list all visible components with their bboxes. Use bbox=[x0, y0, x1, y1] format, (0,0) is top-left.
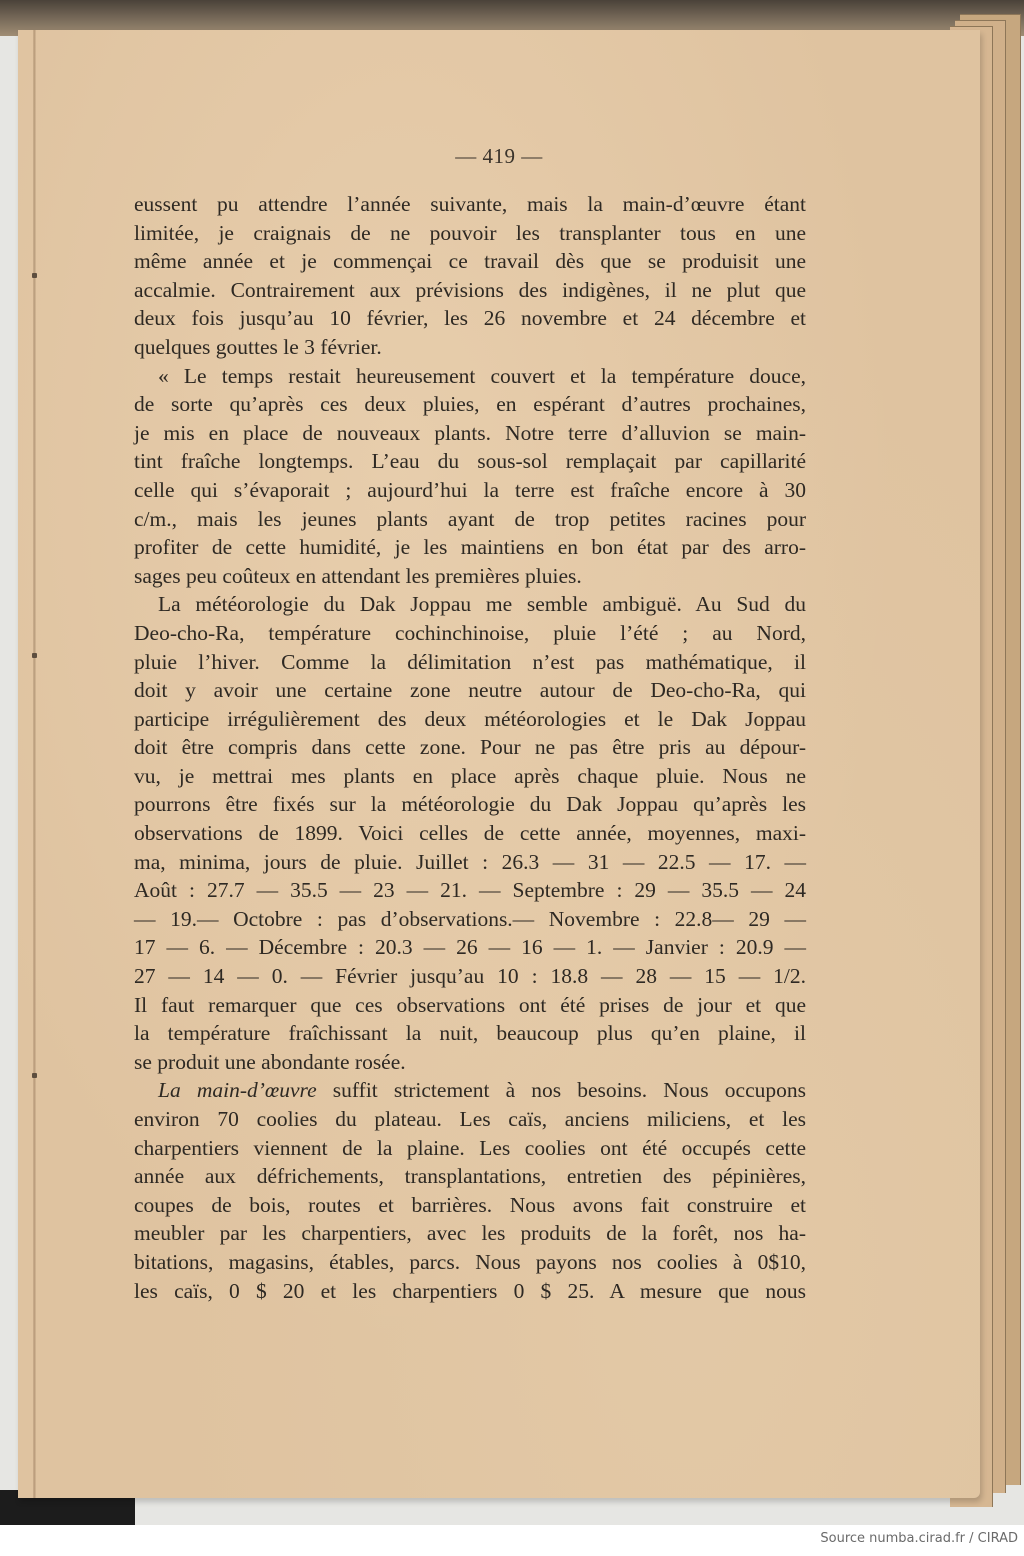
body-text: eussent pu attendre l’année suivante, ma… bbox=[134, 190, 806, 1305]
text-line: vu, je mettrai mes plants en place après… bbox=[134, 762, 806, 791]
weather-data-line: 17 — 6. — Décembre : 20.3 — 26 — 16 — 1.… bbox=[134, 933, 806, 962]
book-page: — 419 — eussent pu attendre l’année suiv… bbox=[18, 30, 980, 1498]
paragraph-3: La météorologie du Dak Joppau me semble … bbox=[134, 590, 806, 1076]
paragraph-4: La main-d’œuvre suffit strictement à nos… bbox=[134, 1076, 806, 1305]
text-line: bitations, magasins, étables, parcs. Nou… bbox=[134, 1248, 806, 1277]
page-number: — 419 — bbox=[18, 144, 980, 169]
text-line: même année et je commençai ce travail dè… bbox=[134, 247, 806, 276]
text-line: environ 70 coolies du plateau. Les caïs,… bbox=[134, 1105, 806, 1134]
text-line: « Le temps restait heureusement couvert … bbox=[134, 362, 806, 391]
text-line: je mis en place de nouveaux plants. Notr… bbox=[134, 419, 806, 448]
text-line: limitée, je craignais de ne pouvoir les … bbox=[134, 219, 806, 248]
text-line: se produit une abondante rosée. bbox=[134, 1048, 806, 1077]
weather-data-line: Août : 27.7 — 35.5 — 23 — 21. — Septembr… bbox=[134, 876, 806, 905]
text-line: observations de 1899. Voici celles de ce… bbox=[134, 819, 806, 848]
fold-mark bbox=[32, 273, 37, 278]
source-credit: Source numba.cirad.fr / CIRAD bbox=[820, 1531, 1018, 1546]
text-line: Il faut remarquer que ces observations o… bbox=[134, 991, 806, 1020]
text-line: deux fois jusqu’au 10 février, les 26 no… bbox=[134, 304, 806, 333]
paragraph-2: « Le temps restait heureusement couvert … bbox=[134, 362, 806, 591]
text-line: eussent pu attendre l’année suivante, ma… bbox=[134, 190, 806, 219]
text-line: de sorte qu’après ces deux pluies, en es… bbox=[134, 390, 806, 419]
weather-data-line: ma, minima, jours de pluie. Juillet : 26… bbox=[134, 848, 806, 877]
paragraph-1: eussent pu attendre l’année suivante, ma… bbox=[134, 190, 806, 362]
text-line: accalmie. Contrairement aux prévisions d… bbox=[134, 276, 806, 305]
text-line: doit y avoir une certaine zone neutre au… bbox=[134, 676, 806, 705]
text-fragment: suffit strictement à nos besoins. Nous o… bbox=[317, 1078, 806, 1102]
text-line: tint fraîche longtemps. L’eau du sous-so… bbox=[134, 447, 806, 476]
text-line: charpentiers viennent de la plaine. Les … bbox=[134, 1134, 806, 1163]
text-line: Deo-cho-Ra, température cochinchinoise, … bbox=[134, 619, 806, 648]
fold-mark bbox=[32, 1073, 37, 1078]
text-line: La main-d’œuvre suffit strictement à nos… bbox=[134, 1076, 806, 1105]
text-line: les caïs, 0 $ 20 et les charpentiers 0 $… bbox=[134, 1277, 806, 1306]
scanned-book-spread: — 419 — eussent pu attendre l’année suiv… bbox=[0, 0, 1024, 1525]
text-line: coupes de bois, routes et barrières. Nou… bbox=[134, 1191, 806, 1220]
section-lead-italic: La main-d’œuvre bbox=[158, 1078, 317, 1102]
text-line: doit être compris dans cette zone. Pour … bbox=[134, 733, 806, 762]
text-line: année aux défrichements, transplantation… bbox=[134, 1162, 806, 1191]
text-line: participe irrégulièrement des deux météo… bbox=[134, 705, 806, 734]
text-line: meubler par les charpentiers, avec les p… bbox=[134, 1219, 806, 1248]
text-line: profiter de cette humidité, je les maint… bbox=[134, 533, 806, 562]
text-line: pluie l’hiver. Comme la délimitation n’e… bbox=[134, 648, 806, 677]
text-line: c/m., mais les jeunes plants ayant de tr… bbox=[134, 505, 806, 534]
text-line: celle qui s’évaporait ; aujourd’hui la t… bbox=[134, 476, 806, 505]
weather-data-line: — 19.— Octobre : pas d’observations.— No… bbox=[134, 905, 806, 934]
fold-mark bbox=[32, 653, 37, 658]
weather-data-line: 27 — 14 — 0. — Février jusqu’au 10 : 18.… bbox=[134, 962, 806, 991]
text-line: sages peu coûteux en attendant les premi… bbox=[134, 562, 806, 591]
text-line: La météorologie du Dak Joppau me semble … bbox=[134, 590, 806, 619]
gutter-fold bbox=[33, 30, 36, 1498]
text-line: pourrons être fixés sur la météorologie … bbox=[134, 790, 806, 819]
text-line: la température fraîchissant la nuit, bea… bbox=[134, 1019, 806, 1048]
text-line: quelques gouttes le 3 février. bbox=[134, 333, 806, 362]
